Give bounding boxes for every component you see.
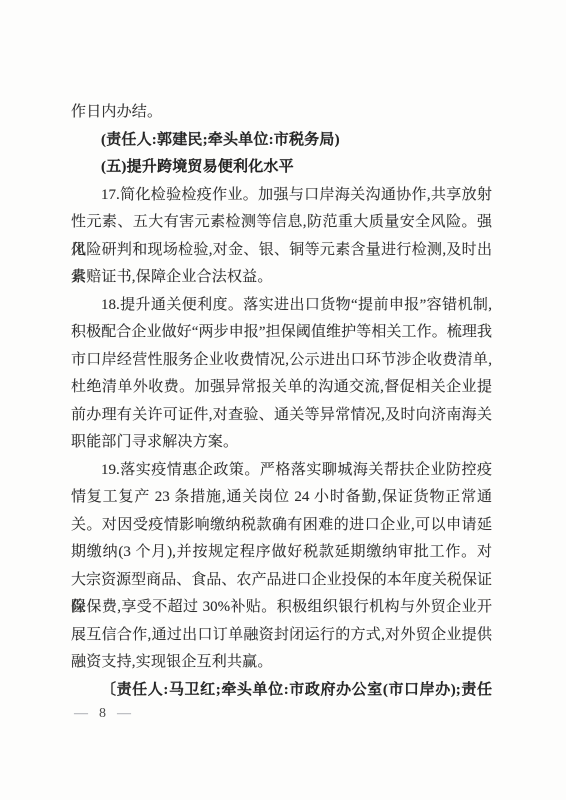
paragraph-line: 性元素、五大有害元素检测等信息,防范重大质量安全风险。强化: [71, 209, 492, 237]
page-number-footer: —8—: [74, 704, 132, 724]
document-body: 作日内办结。(责任人:郭建民;牵头单位:市税务局)(五)提升跨境贸易便利化水平1…: [71, 99, 492, 704]
paragraph-line: 关。对因受疫情影响缴纳税款确有困难的进口企业,可以申请延: [71, 512, 492, 540]
footer-dash-right: —: [117, 706, 132, 721]
paragraph-line: 大宗资源型商品、食品、农产品进口企业投保的本年度关税保证保: [71, 567, 492, 595]
paragraph-line: 19.落实疫情惠企政策。严格落实聊城海关帮扶企业防控疫: [71, 457, 492, 485]
paragraph-line: 18.提升通关便利度。落实进出口货物“提前申报”容错机制,: [71, 292, 492, 320]
paragraph-line: 职能部门寻求解决方案。: [71, 429, 492, 457]
page-number: 8: [99, 706, 107, 721]
paragraph-line: 展互信合作,通过出口订单融资封闭运行的方式,对外贸企业提供: [71, 622, 492, 650]
footer-dash-left: —: [74, 706, 89, 721]
paragraph-line: (责任人:郭建民;牵头单位:市税务局): [71, 127, 492, 155]
paragraph-line: 作日内办结。: [71, 99, 492, 127]
paragraph-line: (五)提升跨境贸易便利化水平: [71, 154, 492, 182]
paragraph-line: 期缴纳(3 个月),并按规定程序做好税款延期缴纳审批工作。对: [71, 539, 492, 567]
paragraph-line: 风险研判和现场检验,对金、银、铜等元素含量进行检测,及时出具: [71, 237, 492, 265]
paragraph-line: 市口岸经营性服务企业收费情况,公示进出口环节涉企收费清单,: [71, 347, 492, 375]
paragraph-line: 索赔证书,保障企业合法权益。: [71, 264, 492, 292]
paragraph-line: 积极配合企业做好“两步申报”担保阈值维护等相关工作。梳理我: [71, 319, 492, 347]
paragraph-line: 杜绝清单外收费。加强异常报关单的沟通交流,督促相关企业提: [71, 374, 492, 402]
paragraph-line: 险保费,享受不超过 30%补贴。积极组织银行机构与外贸企业开: [71, 594, 492, 622]
paragraph-line: 情复工复产 23 条措施,通关岗位 24 小时备勤,保证货物正常通: [71, 484, 492, 512]
document-page: 作日内办结。(责任人:郭建民;牵头单位:市税务局)(五)提升跨境贸易便利化水平1…: [0, 0, 566, 800]
paragraph-line: 融资支持,实现银企互利共赢。: [71, 649, 492, 677]
paragraph-line: 前办理有关许可证件,对查验、通关等异常情况,及时向济南海关: [71, 402, 492, 430]
paragraph-line: 〔责任人:马卫红;牵头单位:市政府办公室(市口岸办);责任: [71, 677, 492, 705]
paragraph-line: 17.简化检验检疫作业。加强与口岸海关沟通协作,共享放射: [71, 182, 492, 210]
